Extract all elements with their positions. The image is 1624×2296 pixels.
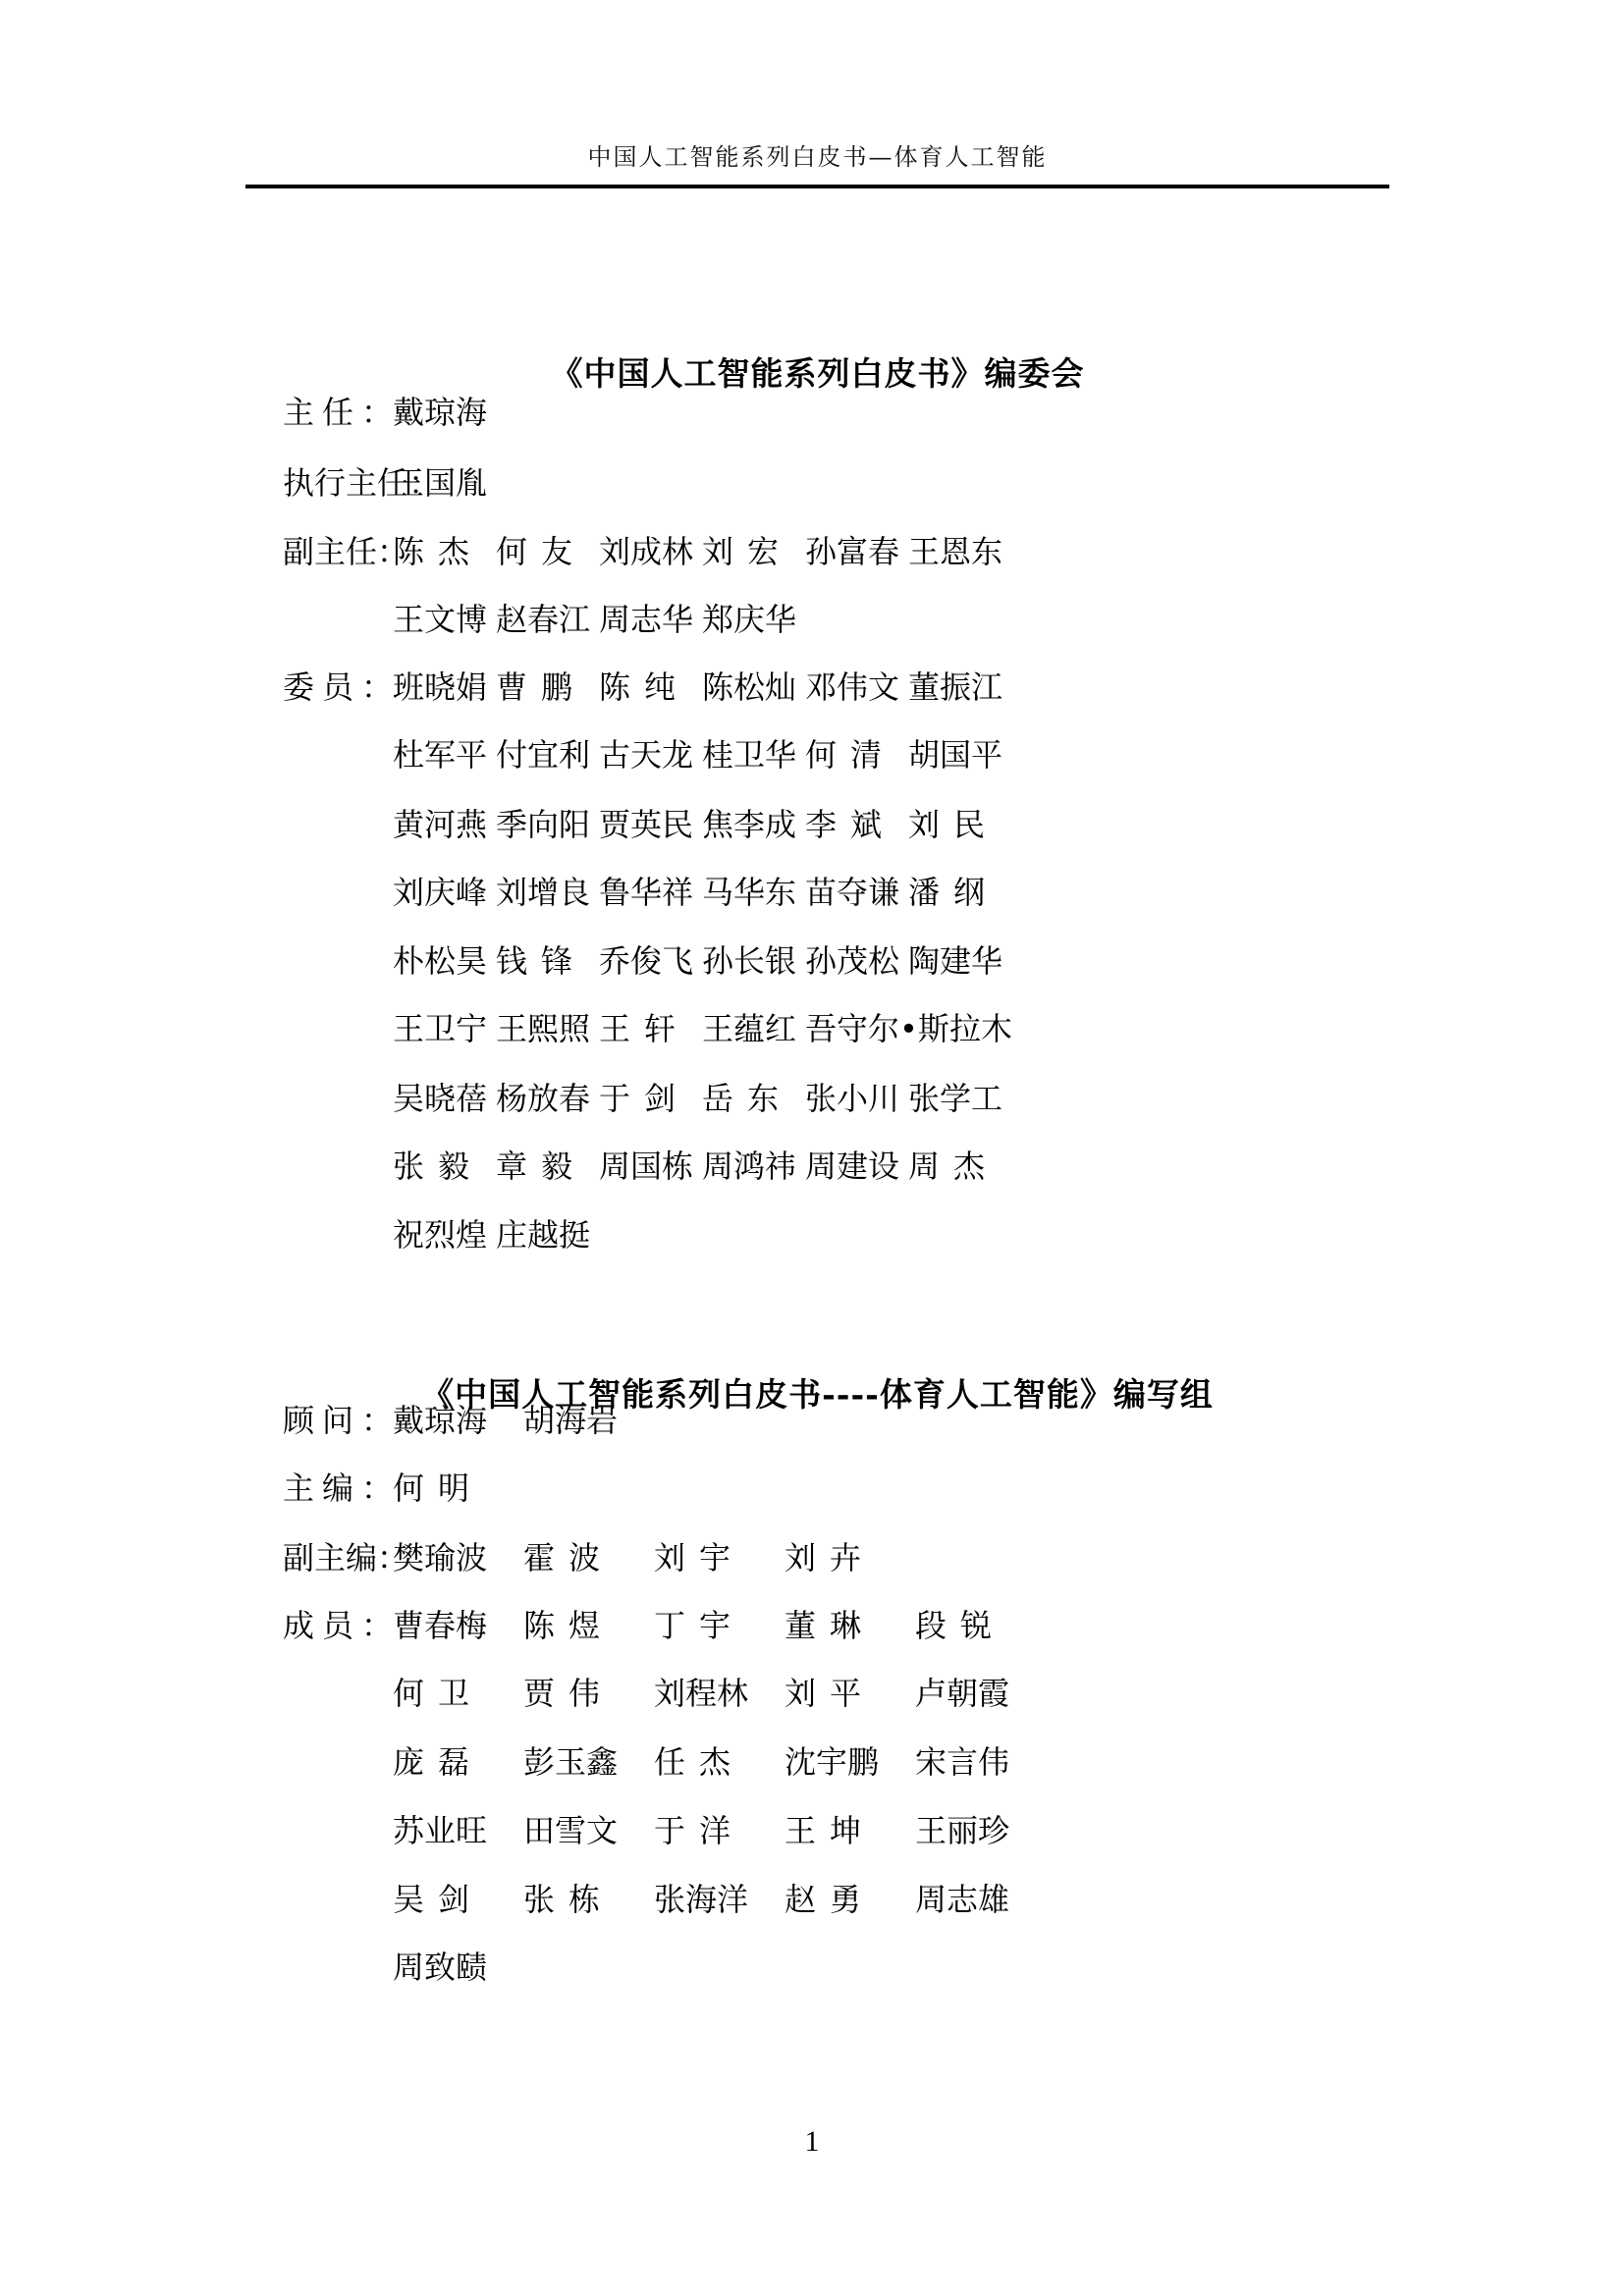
person-name: 古天龙	[599, 735, 676, 774]
role-label	[283, 873, 393, 912]
person-name: 刘成林	[599, 532, 676, 571]
role-label: 副主任：	[283, 532, 393, 571]
page-number: 1	[0, 2125, 1624, 2159]
person-name: 刘宇	[654, 1538, 731, 1577]
person-name: 苏业旺	[393, 1811, 469, 1850]
person-name: 戴琼海	[393, 1401, 469, 1440]
person-name: 王国胤	[393, 463, 469, 503]
person-name: 鲁华祥	[599, 873, 676, 912]
person-name: 班晓娟	[393, 667, 469, 707]
members-row: 周致赜	[283, 1948, 523, 1987]
person-name: 朴松昊	[393, 941, 469, 981]
person-name: 孙富春	[805, 532, 882, 571]
person-name: 曹春梅	[393, 1606, 469, 1645]
person-name: 丁宇	[654, 1606, 731, 1645]
role-label: 主任：	[283, 393, 393, 432]
person-name: 王恩东	[908, 532, 985, 571]
person-name: 樊瑜波	[393, 1538, 469, 1577]
role-label	[283, 805, 393, 844]
members-row: 祝烈煌庄越挺	[283, 1215, 599, 1255]
role-label	[283, 1009, 393, 1048]
person-name: 潘纲	[908, 873, 985, 912]
person-name: 贾伟	[523, 1674, 600, 1713]
person-name: 曹鹏	[496, 667, 572, 707]
person-name: 段锐	[915, 1606, 992, 1645]
role-label: 委员：	[283, 667, 393, 707]
members-row: 何卫贾伟刘程林刘平卢朝霞	[283, 1674, 1046, 1713]
person-name: 付宜利	[496, 735, 572, 774]
person-name: 刘民	[908, 805, 985, 844]
executive-director-row: 执行主任：王国胤	[283, 463, 496, 503]
person-name: 刘程林	[654, 1674, 731, 1713]
role-label: 主编：	[283, 1468, 393, 1508]
person-name: 周鸿祎	[702, 1147, 779, 1186]
person-name: 郑庆华	[702, 600, 779, 639]
person-name: 李斌	[805, 805, 882, 844]
person-name: 乔俊飞	[599, 941, 676, 981]
person-name: 陈松灿	[702, 667, 779, 707]
person-name: 王卫宁	[393, 1009, 469, 1048]
person-name: 张小川	[805, 1079, 882, 1118]
person-name: 于剑	[599, 1079, 676, 1118]
person-name: 贾英民	[599, 805, 676, 844]
person-name: 何卫	[393, 1674, 469, 1713]
person-name: 马华东	[702, 873, 779, 912]
person-name: 邓伟文	[805, 667, 882, 707]
person-name: 杜军平	[393, 735, 469, 774]
members-row: 刘庆峰刘增良鲁华祥马华东苗夺谦潘纲	[283, 873, 1011, 912]
person-name: 孙长银	[702, 941, 779, 981]
members-row: 委员：班晓娟曹鹏陈纯陈松灿邓伟文董振江	[283, 667, 1011, 707]
role-label	[283, 1742, 393, 1782]
role-label: 成员：	[283, 1606, 393, 1645]
person-name: 吴剑	[393, 1880, 469, 1919]
person-name: 陈纯	[599, 667, 676, 707]
person-name: 陈煜	[523, 1606, 600, 1645]
person-name: 陶建华	[908, 941, 985, 981]
person-name: 章毅	[496, 1147, 572, 1186]
person-name: 吴晓蓓	[393, 1079, 469, 1118]
members-row: 吴晓蓓杨放春于剑岳东张小川张学工	[283, 1079, 1011, 1118]
role-label	[283, 1674, 393, 1713]
person-name: 焦李成	[702, 805, 779, 844]
deputy-directors-row: 副主任：陈杰何友刘成林刘宏孙富春王恩东	[283, 532, 1011, 571]
person-name: 钱锋	[496, 941, 572, 981]
person-name: 王坤	[785, 1811, 861, 1850]
person-name: 桂卫华	[702, 735, 779, 774]
person-name: 王熙照	[496, 1009, 572, 1048]
person-name: 庞磊	[393, 1742, 469, 1782]
person-name: 周志华	[599, 600, 676, 639]
members-row: 张毅章毅周国栋周鸿祎周建设周杰	[283, 1147, 1011, 1186]
person-name: 卢朝霞	[915, 1674, 992, 1713]
person-name: 周杰	[908, 1147, 985, 1186]
deputy-chief-editors-row: 副主编：樊瑜波霍波刘宇刘卉	[283, 1538, 915, 1577]
person-name: 刘平	[785, 1674, 861, 1713]
person-name: 刘宏	[702, 532, 779, 571]
director-row: 主任：戴琼海	[283, 393, 496, 432]
running-header: 中国人工智能系列白皮书—体育人工智能	[245, 137, 1389, 172]
person-name: 祝烈煌	[393, 1215, 469, 1255]
person-name: 任杰	[654, 1742, 731, 1782]
role-label	[283, 600, 393, 639]
person-name: 周国栋	[599, 1147, 676, 1186]
members-row: 杜军平付宜利古天龙桂卫华何清胡国平	[283, 735, 1011, 774]
chief-editor-row: 主编：何明	[283, 1468, 523, 1508]
person-name: 季向阳	[496, 805, 572, 844]
person-name: 胡国平	[908, 735, 985, 774]
person-name: 周致赜	[393, 1948, 469, 1987]
role-label	[283, 1079, 393, 1118]
role-label	[283, 1147, 393, 1186]
person-name: 胡海岩	[523, 1401, 600, 1440]
person-name: 刘增良	[496, 873, 572, 912]
person-name: 彭玉鑫	[523, 1742, 600, 1782]
person-name: 戴琼海	[393, 393, 469, 432]
person-name: 张海洋	[654, 1880, 731, 1919]
person-name: 王丽珍	[915, 1811, 992, 1850]
members-row: 朴松昊钱锋乔俊飞孙长银孙茂松陶建华	[283, 941, 1011, 981]
person-name: 庄越挺	[496, 1215, 572, 1255]
editorial-committee-title: 《中国人工智能系列白皮书》编委会	[245, 348, 1389, 395]
person-name: 周志雄	[915, 1880, 992, 1919]
members-row: 黄河燕季向阳贾英民焦李成李斌刘民	[283, 805, 1011, 844]
role-label: 执行主任：	[283, 463, 393, 503]
person-name: 沈宇鹏	[785, 1742, 861, 1782]
person-name: 周建设	[805, 1147, 882, 1186]
person-name: 王轩	[599, 1009, 676, 1048]
person-name: 何清	[805, 735, 882, 774]
person-name: 杨放春	[496, 1079, 572, 1118]
person-name: 吾守尔•斯拉木	[805, 1009, 1012, 1048]
role-label	[283, 1880, 393, 1919]
members-row: 苏业旺田雪文于洋王坤王丽珍	[283, 1811, 1046, 1850]
members-row: 庞磊彭玉鑫任杰沈宇鹏宋言伟	[283, 1742, 1046, 1782]
person-name: 王蕴红	[702, 1009, 779, 1048]
role-label	[283, 1811, 393, 1850]
person-name: 赵春江	[496, 600, 572, 639]
person-name: 张毅	[393, 1147, 469, 1186]
person-name: 张学工	[908, 1079, 985, 1118]
members-row: 王卫宁王熙照王轩王蕴红吾守尔•斯拉木	[283, 1009, 1039, 1048]
members-row: 成员：曹春梅陈煜丁宇董琳段锐	[283, 1606, 1046, 1645]
person-name: 何明	[393, 1468, 469, 1508]
person-name: 孙茂松	[805, 941, 882, 981]
advisors-row: 顾问：戴琼海胡海岩	[283, 1401, 654, 1440]
person-name: 田雪文	[523, 1811, 600, 1850]
person-name: 董琳	[785, 1606, 861, 1645]
role-label	[283, 1215, 393, 1255]
person-name: 刘庆峰	[393, 873, 469, 912]
person-name: 赵勇	[785, 1880, 861, 1919]
role-label	[283, 1948, 393, 1987]
members-row: 吴剑张栋张海洋赵勇周志雄	[283, 1880, 1046, 1919]
role-label: 副主编：	[283, 1538, 393, 1577]
person-name: 刘卉	[785, 1538, 861, 1577]
role-label	[283, 941, 393, 981]
person-name: 黄河燕	[393, 805, 469, 844]
role-label	[283, 735, 393, 774]
person-name: 岳东	[702, 1079, 779, 1118]
person-name: 宋言伟	[915, 1742, 992, 1782]
role-label: 顾问：	[283, 1401, 393, 1440]
person-name: 何友	[496, 532, 572, 571]
person-name: 陈杰	[393, 532, 469, 571]
person-name: 张栋	[523, 1880, 600, 1919]
deputy-directors-row: 王文博赵春江周志华郑庆华	[283, 600, 805, 639]
header-rule	[245, 185, 1389, 188]
person-name: 王文博	[393, 600, 469, 639]
person-name: 霍波	[523, 1538, 600, 1577]
person-name: 于洋	[654, 1811, 731, 1850]
person-name: 苗夺谦	[805, 873, 882, 912]
person-name: 董振江	[908, 667, 985, 707]
